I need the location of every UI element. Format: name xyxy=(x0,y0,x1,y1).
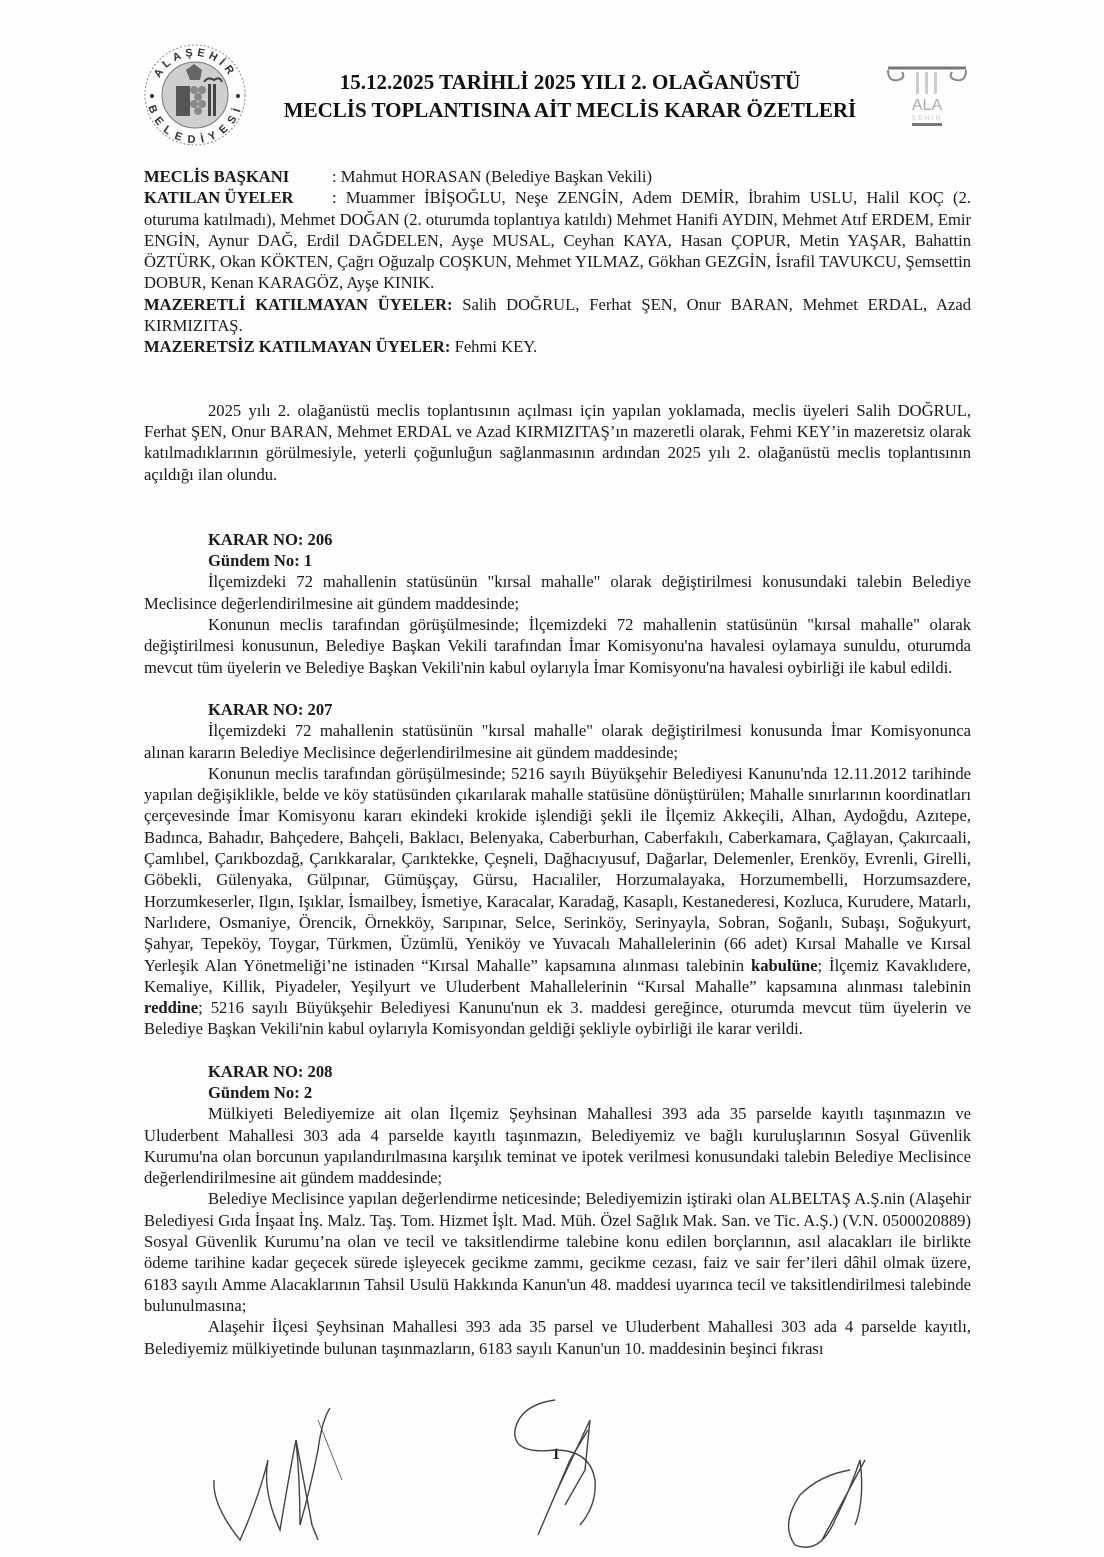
president-value: : Mahmut HORASAN (Belediye Başkan Vekili… xyxy=(332,167,652,186)
agenda-number: Gündem No: 1 xyxy=(144,550,971,571)
president-row: MECLİS BAŞKANI: Mahmut HORASAN (Belediye… xyxy=(144,166,971,187)
attending-label: KATILAN ÜYELER xyxy=(144,187,332,208)
unexcused-label: MAZERETSİZ KATILMAYAN ÜYELER: xyxy=(144,337,450,356)
agenda-number: Gündem No: 2 xyxy=(144,1082,971,1103)
attending-row: KATILAN ÜYELER: Muammer İBİŞOĞLU, Neşe Z… xyxy=(144,187,971,293)
document-body: MECLİS BAŞKANI: Mahmut HORASAN (Belediye… xyxy=(144,166,971,1359)
decision-paragraph: İlçemizdeki 72 mahallenin statüsünün "kı… xyxy=(144,571,971,614)
opening-paragraph: 2025 yılı 2. olağanüstü meclis toplantıs… xyxy=(144,400,971,485)
unexcused-row: MAZERETSİZ KATILMAYAN ÜYELER: Fehmi KEY. xyxy=(144,336,971,357)
rejected-emphasis: reddine xyxy=(144,998,198,1017)
ionic-column-logo-icon: ALA ŞEHİR xyxy=(884,58,970,130)
decision-number: KARAR NO: 208 xyxy=(144,1061,971,1082)
title-line-2: MECLİS TOPLANTISINA AİT MECLİS KARAR ÖZE… xyxy=(260,96,880,124)
excused-row: MAZERETLİ KATILMAYAN ÜYELER: Salih DOĞRU… xyxy=(144,294,971,337)
decision-paragraph: İlçemizdeki 72 mahallenin statüsünün "kı… xyxy=(144,720,971,763)
decision-number: KARAR NO: 206 xyxy=(144,529,971,550)
page-title: 15.12.2025 TARİHLİ 2025 YILI 2. OLAĞANÜS… xyxy=(260,68,880,124)
svg-text:ŞEHİR: ŞEHİR xyxy=(911,113,942,122)
signature-2-icon xyxy=(515,1400,595,1535)
decision-paragraph: Alaşehir İlçesi Şeyhsinan Mahallesi 393 … xyxy=(144,1316,971,1359)
decision-number: KARAR NO: 207 xyxy=(144,699,971,720)
decision-206: KARAR NO: 206 Gündem No: 1 İlçemizdeki 7… xyxy=(144,529,971,678)
signature-3-icon xyxy=(789,1460,865,1547)
decision-207: KARAR NO: 207 İlçemizdeki 72 mahallenin … xyxy=(144,699,971,1040)
text-segment: ; 5216 sayılı Büyükşehir Belediyesi Kanu… xyxy=(144,998,971,1038)
text-segment: Konunun meclis tarafından görüşülmesinde… xyxy=(144,764,971,975)
decision-paragraph: Konunun meclis tarafından görüşülmesinde… xyxy=(144,614,971,678)
president-label: MECLİS BAŞKANI xyxy=(144,166,332,187)
signature-1-icon xyxy=(214,1408,342,1540)
logo-right-text: ALA xyxy=(912,97,943,114)
decision-paragraph: Belediye Meclisince yapılan değerlendirm… xyxy=(144,1188,971,1316)
decision-main-paragraph: Konunun meclis tarafından görüşülmesinde… xyxy=(144,763,971,1040)
page-number: 1 xyxy=(552,1446,560,1464)
excused-label: MAZERETLİ KATILMAYAN ÜYELER: xyxy=(144,295,452,314)
decision-paragraph: Mülkiyeti Belediyemize ait olan İlçemiz … xyxy=(144,1103,971,1188)
document-page: ALAŞEHİR BELEDİYESİ 15.12.2025 TARİHLİ 2… xyxy=(0,0,1104,1557)
unexcused-value: Fehmi KEY. xyxy=(450,337,537,356)
decision-208: KARAR NO: 208 Gündem No: 2 Mülkiyeti Bel… xyxy=(144,1061,971,1359)
accepted-emphasis: kabulüne xyxy=(751,956,817,975)
municipality-seal-icon: ALAŞEHİR BELEDİYESİ xyxy=(142,42,248,148)
title-line-1: 15.12.2025 TARİHLİ 2025 YILI 2. OLAĞANÜS… xyxy=(260,68,880,96)
